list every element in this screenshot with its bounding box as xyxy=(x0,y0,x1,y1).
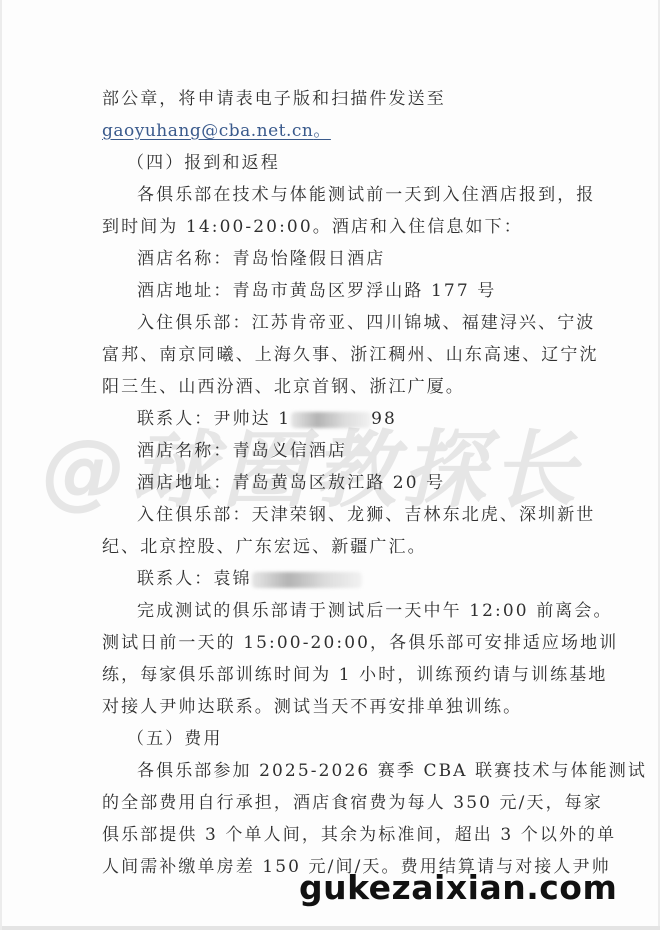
doc-line-24: 俱乐部提供 3 个单人间，其余为标准间，超出 3 个以外的单 xyxy=(102,824,616,846)
footer-brand-watermark: gukezaixian.com xyxy=(299,868,617,908)
hotel-2-clubs: 入住俱乐部：天津荣钢、龙狮、吉林东北虎、深圳新世 xyxy=(137,504,595,526)
email-link[interactable]: gaoyuhang@cba.net.cn xyxy=(102,121,313,141)
email-line: gaoyuhang@cba.net.cn。 xyxy=(102,120,331,142)
doc-line-22: 各俱乐部参加 2025-2026 赛季 CBA 联赛技术与体能测试 xyxy=(137,760,647,782)
redacted-phone xyxy=(291,412,371,428)
doc-line-17: 完成测试的俱乐部请于测试后一天中午 12:00 前离会。 xyxy=(137,600,613,622)
doc-line-5: 到时间为 14:00-20:00。酒店和入住信息如下： xyxy=(102,216,523,238)
hotel-2-clubs-cont: 纪、北京控股、广东宏远、新疆广汇。 xyxy=(102,536,427,558)
redacted-contact xyxy=(252,572,362,588)
section-heading-5: （五）费用 xyxy=(127,728,223,750)
phone-suffix: 98 xyxy=(371,409,397,429)
hotel-2-contact: 联系人：袁锦 xyxy=(137,568,362,590)
watermark-overlay: @球圈教探长 xyxy=(42,425,582,515)
hotel-1-contact: 联系人：尹帅达 198 xyxy=(137,408,397,430)
contact-label: 联系人：袁锦 xyxy=(137,569,252,589)
section-heading-4: （四）报到和返程 xyxy=(127,152,280,174)
phone-prefix: 1 xyxy=(271,409,291,429)
doc-line-23: 的全部费用自行承担，酒店食宿费为每人 350 元/天，每家 xyxy=(102,792,603,814)
doc-line-20: 对接人尹帅达联系。测试当天不再安排单独训练。 xyxy=(102,696,522,718)
hotel-2-name: 酒店名称：青岛义信酒店 xyxy=(137,440,347,462)
doc-line-18: 测试日前一天的 15:00-20:00，各俱乐部可安排适应场地训 xyxy=(102,632,618,654)
doc-line-19: 练，每家俱乐部训练时间为 1 小时，训练预约请与训练基地 xyxy=(102,664,607,686)
doc-line-4: 各俱乐部在技术与体能测试前一天到入住酒店报到，报 xyxy=(137,184,595,206)
hotel-1-address: 酒店地址：青岛市黄岛区罗浮山路 177 号 xyxy=(137,280,496,302)
bottom-divider xyxy=(2,926,660,930)
document-page: @球圈教探长 部公章，将申请表电子版和扫描件发送至 gaoyuhang@cba.… xyxy=(0,0,660,930)
email-suffix: 。 xyxy=(313,121,331,141)
hotel-1-name: 酒店名称：青岛怡隆假日酒店 xyxy=(137,248,385,270)
hotel-2-address: 酒店地址：青岛黄岛区敖江路 20 号 xyxy=(137,472,445,494)
hotel-1-clubs-cont-1: 富邦、南京同曦、上海久事、浙江稠州、山东高速、辽宁沈 xyxy=(102,344,599,366)
doc-line-1: 部公章，将申请表电子版和扫描件发送至 xyxy=(102,88,446,110)
hotel-1-clubs-cont-2: 阳三生、山西汾酒、北京首钢、浙江广厦。 xyxy=(102,376,465,398)
contact-label: 联系人：尹帅达 xyxy=(137,409,271,429)
hotel-1-clubs: 入住俱乐部：江苏肯帝亚、四川锦城、福建浔兴、宁波 xyxy=(137,312,595,334)
